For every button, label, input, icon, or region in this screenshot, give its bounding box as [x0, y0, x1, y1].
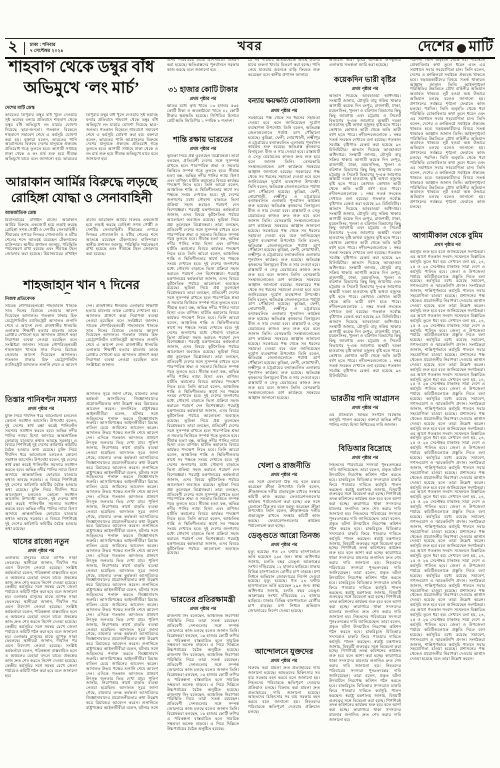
byline-ghasher-rajye: প্রথম পৃষ্ঠার পর [5, 548, 77, 554]
byline-long-march: দেশের মাটি ডেস্ক [5, 105, 158, 111]
headline-khela-rajniti: খেলা ও রাজনীতি [248, 461, 320, 471]
headline-shanti-rokkha: শান্তি রক্ষায় ভারতের [167, 135, 239, 145]
body-column5-lead: আবারও ভারী বৃষ্টির আশঙ্কায় উপকূলীয় এলা… [329, 58, 401, 72]
body-shahjahan: সাবেক নৌপরিবহনমন্ত্রী শাহজাহান খানকে সাত… [5, 304, 158, 392]
headline-long-march: শাহবাগ থেকে ডম্বুর বাঁধ অভিমুখে ‘লং মার্… [5, 58, 158, 102]
headline-agamikal: আগামীকাল থেকে বুমিম [410, 231, 485, 241]
headline-ghasher-rajye: ঘাসের রাজ্যে নতুন [5, 537, 77, 547]
headline-bonna-khoykhoti: বন্যায় ক্ষয়ক্ষতি মোকাবিলায় [248, 97, 320, 107]
body-agamikal: কর্মসূচি শুরু হবে বলে জানিয়েছেন সংগঠকরা… [410, 250, 485, 736]
masthead: দেশের মাটি [418, 36, 495, 60]
body-column6-lead: পরদিন। তিনি অবৃহতি থেকে ধরা পরিস্থিতি মো… [410, 58, 485, 228]
body-long-march: ভারতের ত্রিপুরার ডম্বুর বাঁধ খুলে দেওয়া… [5, 113, 158, 172]
headline-defense-minister: ভারতের প্রতিরক্ষামন্ত্রী [167, 595, 239, 605]
body-31-hazar-koti: ক্ষতির মধ্যে কৃষি খাতে ১৩ হাজার ৫৩৫ কোটি… [167, 104, 239, 132]
headline-arakan: আরাকান আর্মির বিরুদ্ধে লড়ছে রোহিঙ্গা যো… [5, 175, 158, 208]
byline-agamikal: প্রথম পৃষ্ঠার পর [410, 242, 485, 248]
byline-andolon: প্রথম পৃষ্ঠার পর [248, 658, 320, 664]
byline-dengue: প্রথম পৃষ্ঠার পর [248, 542, 320, 548]
body-bdr-bidroho: নিহতদের পরিবারের সদস্যরা পুনঃতদন্তের দাব… [329, 463, 401, 727]
headline-pani-agrason: ভারতীয় পানি আগ্রাসন [329, 394, 401, 404]
byline-shahjahan: নিজস্ব প্রতিবেদক [5, 296, 158, 302]
masthead-word-left: দেশের [418, 36, 454, 60]
byline-31-hazar-koti: প্রথম পৃষ্ঠার পর [167, 96, 239, 102]
body-andolon: বিরুদ্ধে করা মামলা দ্রুত প্রত্যাহারের দা… [248, 666, 320, 722]
headline-bdr-bidroho: বিডিআর বিদ্রোহে [329, 444, 401, 454]
byline-bhari-brishti: প্রথম পৃষ্ঠার পর [329, 86, 401, 92]
masthead-globe-icon [457, 44, 466, 53]
body-khela-rajniti: এক সঙ্গে মেলানো ঠিক নয় বলে মন্তব্য করেছ… [248, 480, 320, 528]
headline-31-hazar-koti: ৩১ হাজার কোটি টাকার [167, 85, 239, 95]
byline-pani-agrason: প্রথম পৃষ্ঠার পর [329, 405, 401, 411]
headline-shahjahan: শাহজাহান খান ৭ দিনের রিমান্ডে [5, 278, 158, 294]
byline-bdr-bidroho: প্রথম পৃষ্ঠার পর [329, 455, 401, 461]
body-column3-lead: এসব পরিবারের মাঝে ত্রাণসামগ্রী বিতরণ করা… [167, 58, 239, 82]
page-header: ২ ঢাকা : শনিবার ৭ সেপ্টেম্বর ২০২৪ খবর দে… [5, 38, 495, 59]
body-column4-lead: যে সব পরিবার আশ্রয়কেন্দ্রে আছে তাদের মা… [248, 58, 320, 94]
column-6: পরদিন। তিনি অবৃহতি থেকে ধরা পরিস্থিতি মো… [410, 58, 485, 748]
byline-bonna-khoykhoti: প্রথম পৃষ্ঠার পর [248, 108, 320, 114]
column-2-lower: আদালত সূত্রে জানা গেছে, মামলার তদন্ত কর্… [86, 392, 158, 710]
masthead-word-right: মাটি [469, 36, 493, 60]
column-3: এসব পরিবারের মাঝে ত্রাণসামগ্রী বিতরণ করা… [167, 58, 239, 748]
column-1-lower: তিস্তার পানিবণ্টন সমস্যার প্রথম পৃষ্ঠার … [5, 392, 77, 710]
column-4: যে সব পরিবার আশ্রয়কেন্দ্রে আছে তাদের মা… [248, 58, 320, 748]
body-bhari-brishti: আভাস দিয়েছে আবহাওয়া অধিদপ্তর। সংস্থাটি… [329, 94, 401, 391]
byline-defense-minister: প্রথম পৃষ্ঠার পর [167, 606, 239, 612]
newspaper-page: ২ ঢাকা : শনিবার ৭ সেপ্টেম্বর ২০২৪ খবর দে… [0, 0, 500, 768]
headline-teesta: তিস্তার পানিবণ্টন সমস্যার [5, 395, 77, 405]
body-bonna-khoykhoti: সরকারের পক্ষ থেকে সব ধরনের সহায়তা দেওয়… [248, 116, 320, 458]
headline-andolon: আন্দোলনে যুক্তদের [248, 647, 320, 657]
body-defense-minister: রাজনাথ সিং বলেছেন, আঞ্চলিক নিরাপত্তা পরি… [167, 614, 239, 732]
body-arakan: মিয়ানমারের রাখাইন রাজ্যে আরাকান আর্মির … [5, 218, 158, 275]
body-dengue: মৃত্যু হয়েছে। গত ২৪ ঘণ্টায় হাসপাতালে ভ… [248, 550, 320, 644]
byline-arakan: আন্তর্জাতিক ডেস্ক [5, 210, 158, 216]
body-teesta: চুক্তি নিয়ে দীর্ঘদিন ধরে আলোচনা চললেও ক… [5, 414, 77, 534]
column-1-2: শাহবাগ থেকে ডম্বুর বাঁধ অভিমুখে ‘লং মার্… [5, 58, 158, 748]
column-5: আবারও ভারী বৃষ্টির আশঙ্কায় উপকূলীয় এলা… [329, 58, 401, 748]
headline-dengue: ডেঙ্গুতে আরো তিনজনের [248, 531, 320, 541]
byline-teesta: প্রথম পৃষ্ঠার পর [5, 406, 77, 412]
headline-bhari-brishti: কয়েকদিন ভারী বৃষ্টির [329, 75, 401, 85]
body-pani-agrason: এর প্রতিবাদে বিভিন্ন সংগঠন বিক্ষোভ কর্মস… [329, 413, 401, 441]
body-ghasher-rajye: এলাকার মানুষের মাঝে ব্যাপক সাড়া ফেলেছে।… [5, 556, 77, 696]
body-shahjahan-continued: আদালত সূত্রে জানা গেছে, মামলার তদন্ত কর্… [86, 392, 158, 710]
body-shanti-rokkha: ভূমিকা নিয়ে প্রশ্ন তুলেছেন বিশ্লেষকরা। … [167, 154, 239, 592]
byline-shanti-rokkha: প্রথম পৃষ্ঠার পর [167, 146, 239, 152]
byline-khela-rajniti: প্রথম পৃষ্ঠার পর [248, 472, 320, 478]
